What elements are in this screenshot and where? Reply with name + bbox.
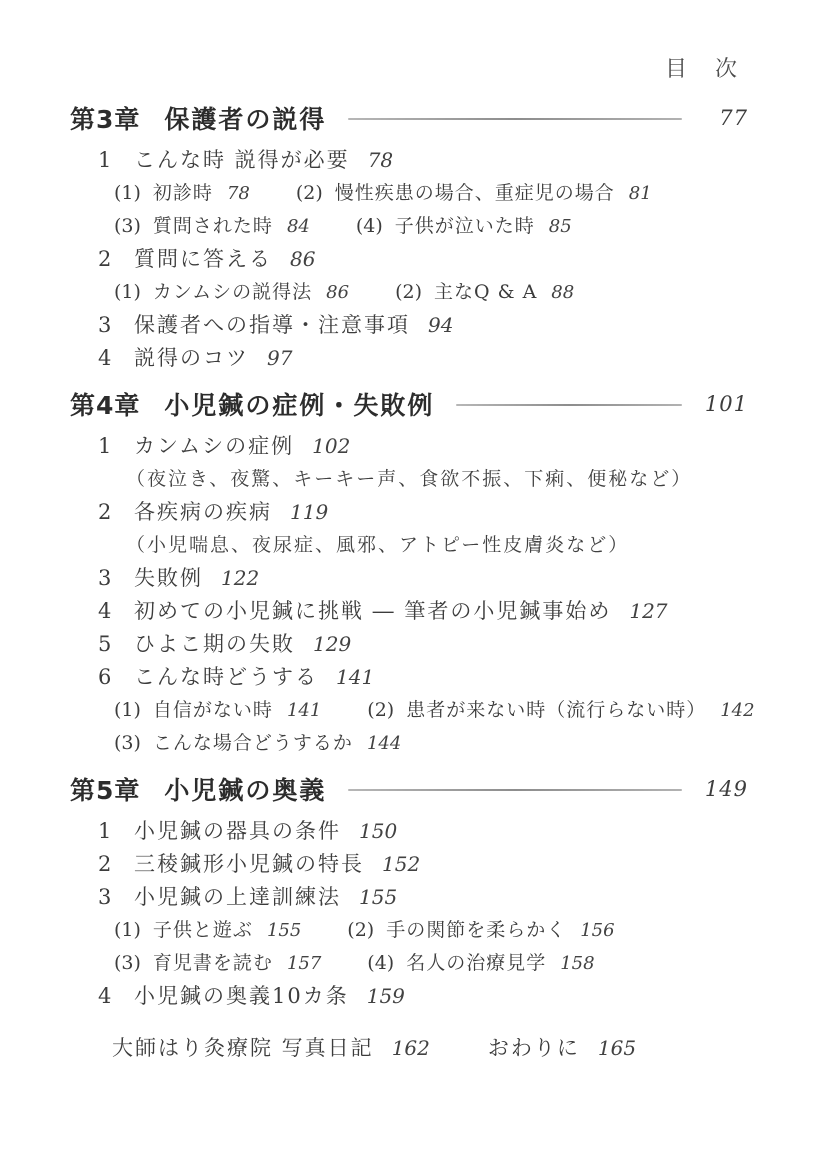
item-label: 保護者への指導・注意事項 [134,313,410,337]
item-number: 1 [98,815,134,848]
item-label: 小児鍼の器具の条件 [134,819,341,843]
item-page-number: 94 [428,313,453,337]
footer-label: 大師はり灸療院 写真日記 [112,1036,374,1060]
toc-page: 目 次 第3章 保護者の説得 77 1こんな時 説得が必要78 (1)初診時78… [0,0,830,1170]
subitem-label: 名人の治療見学 [406,952,546,974]
toc-subitems: (1)子供と遊ぶ155 (2)手の関節を柔らかく156 [70,914,748,947]
item-page-number: 78 [368,148,393,172]
subitem-page-number: 157 [287,953,321,974]
subitem-label: 患者が来ない時（流行らない時） [406,699,706,721]
item-number: 2 [98,848,134,881]
subitem-label: 育児書を読む [153,952,273,974]
chapter-number: 第5章 [70,771,140,807]
chapter-5-section: 第5章 小児鍼の奥義 149 1小児鍼の器具の条件150 2三稜鍼形小児鍼の特長… [70,771,748,1013]
item-number: 2 [98,496,134,529]
toc-item: 3小児鍼の上達訓練法155 [70,881,748,914]
item-number: 1 [98,430,134,463]
subitem-page-number: 85 [549,216,572,237]
toc-subitem: (2)主なQ & A88 [395,276,574,309]
footer-entry: おわりに165 [488,1032,636,1065]
subitem-page-number: 78 [227,183,250,204]
chapter-4-heading: 第4章 小児鍼の症例・失敗例 101 [70,386,748,422]
item-page-number: 119 [290,500,328,524]
subitem-page-number: 84 [287,216,310,237]
chapter-page-number: 77 [702,106,748,130]
item-number: 3 [98,562,134,595]
leader-line [456,404,682,406]
subitem-label: 手の関節を柔らかく [386,919,566,941]
toc-footer: 大師はり灸療院 写真日記162 おわりに165 [112,1032,636,1065]
subitem-number: (3) [114,732,141,754]
toc-item: 4説得のコツ97 [70,342,748,375]
item-label: 説得のコツ [134,346,249,370]
subitem-number: (4) [356,215,383,237]
item-label: 失敗例 [134,566,203,590]
toc-item: 1小児鍼の器具の条件150 [70,815,748,848]
toc-item: 3失敗例122 [70,562,748,595]
item-number: 4 [98,595,134,628]
chapter-4-section: 第4章 小児鍼の症例・失敗例 101 1カンムシの症例102 （夜泣き、夜驚、キ… [70,386,748,760]
subitem-page-number: 158 [560,953,594,974]
page-title: 目 次 [665,52,740,83]
item-page-number: 102 [312,434,350,458]
subitem-label: カンムシの説得法 [153,281,312,303]
subitem-number: (1) [114,919,141,941]
item-number: 6 [98,661,134,694]
toc-subitem: (4)子供が泣いた時85 [356,210,572,243]
subitem-number: (4) [367,952,394,974]
subitem-page-number: 144 [367,733,401,754]
item-page-number: 141 [336,665,374,689]
toc-item: 2三稜鍼形小児鍼の特長152 [70,848,748,881]
toc-subitem: (3)こんな場合どうするか144 [114,727,401,760]
item-number: 4 [98,342,134,375]
leader-line [348,789,682,791]
toc-subitem: (3)育児書を読む157 [114,947,321,980]
toc-subitem: (4)名人の治療見学158 [367,947,594,980]
subitem-label: 自信がない時 [153,699,273,721]
note-text: （小児喘息、夜尿症、風邪、アトピー性皮膚炎など） [126,534,629,556]
item-number: 5 [98,628,134,661]
item-page-number: 86 [290,247,315,271]
chapter-number: 第4章 [70,386,140,422]
subitem-page-number: 88 [551,282,574,303]
subitem-number: (2) [296,182,323,204]
toc-subitems: (3)こんな場合どうするか144 [70,727,748,760]
toc-subitem: (1)カンムシの説得法86 [114,276,349,309]
chapter-page-number: 149 [702,777,748,801]
item-label: ひよこ期の失敗 [134,632,295,656]
subitem-page-number: 86 [326,282,349,303]
item-page-number: 155 [359,885,397,909]
subitem-number: (1) [114,699,141,721]
toc-item: 3保護者への指導・注意事項94 [70,309,748,342]
item-label: 小児鍼の奥義10カ条 [134,984,349,1008]
chapter-5-heading: 第5章 小児鍼の奥義 149 [70,771,748,807]
item-page-number: 122 [221,566,259,590]
subitem-number: (1) [114,182,141,204]
subitem-label: 主なQ & A [434,281,537,303]
subitem-label: こんな場合どうするか [153,732,353,754]
item-number: 4 [98,980,134,1013]
toc-item: 4初めての小児鍼に挑戦 ― 筆者の小児鍼事始め127 [70,595,748,628]
subitem-label: 質問された時 [153,215,273,237]
toc-note: （小児喘息、夜尿症、風邪、アトピー性皮膚炎など） [70,529,748,562]
toc-subitem: (2)慢性疾患の場合、重症児の場合81 [296,177,652,210]
toc-subitem: (1)初診時78 [114,177,250,210]
toc-item: 2質問に答える86 [70,243,748,276]
subitem-label: 初診時 [153,182,213,204]
toc-subitem: (2)手の関節を柔らかく156 [347,914,614,947]
toc-subitem: (1)子供と遊ぶ155 [114,914,301,947]
toc-item: 1こんな時 説得が必要78 [70,144,748,177]
item-label: 小児鍼の上達訓練法 [134,885,341,909]
item-page-number: 152 [382,852,420,876]
toc-note: （夜泣き、夜驚、キーキー声、食欲不振、下痢、便秘など） [70,463,748,496]
subitem-number: (2) [367,699,394,721]
chapter-title: 保護者の説得 [164,100,326,136]
subitem-page-number: 81 [629,183,652,204]
item-number: 3 [98,309,134,342]
toc-subitems: (1)自信がない時141 (2)患者が来ない時（流行らない時）142 [70,694,748,727]
note-text: （夜泣き、夜驚、キーキー声、食欲不振、下痢、便秘など） [126,468,692,490]
subitem-page-number: 155 [267,920,301,941]
item-label: 三稜鍼形小児鍼の特長 [134,852,364,876]
item-number: 3 [98,881,134,914]
toc-subitems: (1)カンムシの説得法86 (2)主なQ & A88 [70,276,748,309]
item-label: こんな時どうする [134,665,318,689]
footer-entry: 大師はり灸療院 写真日記162 [112,1032,430,1065]
toc-subitems: (3)育児書を読む157 (4)名人の治療見学158 [70,947,748,980]
chapter-number: 第3章 [70,100,140,136]
item-label: 初めての小児鍼に挑戦 ― 筆者の小児鍼事始め [134,599,611,623]
chapter-3-heading: 第3章 保護者の説得 77 [70,100,748,136]
toc-item: 1カンムシの症例102 [70,430,748,463]
subitem-page-number: 156 [580,920,614,941]
subitem-number: (2) [347,919,374,941]
toc-item: 6こんな時どうする141 [70,661,748,694]
footer-page-number: 162 [392,1036,430,1060]
subitem-label: 子供が泣いた時 [395,215,535,237]
chapter-3-section: 第3章 保護者の説得 77 1こんな時 説得が必要78 (1)初診時78 (2)… [70,100,748,375]
subitem-page-number: 141 [287,700,321,721]
item-label: カンムシの症例 [134,434,294,458]
item-page-number: 129 [313,632,351,656]
item-page-number: 150 [359,819,397,843]
subitem-number: (2) [395,281,422,303]
subitem-label: 慢性疾患の場合、重症児の場合 [335,182,615,204]
item-page-number: 159 [367,984,405,1008]
subitem-label: 子供と遊ぶ [153,919,253,941]
toc-subitem: (2)患者が来ない時（流行らない時）142 [367,694,754,727]
item-number: 1 [98,144,134,177]
chapter-title: 小児鍼の奥義 [164,771,326,807]
subitem-number: (1) [114,281,141,303]
toc-item: 4小児鍼の奥義10カ条159 [70,980,748,1013]
chapter-title: 小児鍼の症例・失敗例 [164,386,434,422]
chapter-page-number: 101 [702,392,748,416]
item-page-number: 97 [267,346,292,370]
item-page-number: 127 [629,599,667,623]
subitem-page-number: 142 [720,700,754,721]
toc-subitems: (1)初診時78 (2)慢性疾患の場合、重症児の場合81 [70,177,748,210]
subitem-number: (3) [114,215,141,237]
subitem-number: (3) [114,952,141,974]
toc-item: 2各疾病の疾病119 [70,496,748,529]
toc-item: 5ひよこ期の失敗129 [70,628,748,661]
footer-label: おわりに [488,1036,580,1060]
leader-line [348,118,682,120]
item-number: 2 [98,243,134,276]
toc-subitems: (3)質問された時84 (4)子供が泣いた時85 [70,210,748,243]
toc-subitem: (3)質問された時84 [114,210,310,243]
toc-subitem: (1)自信がない時141 [114,694,321,727]
footer-page-number: 165 [598,1036,636,1060]
item-label: こんな時 説得が必要 [134,148,350,172]
item-label: 各疾病の疾病 [134,500,272,524]
item-label: 質問に答える [134,247,272,271]
